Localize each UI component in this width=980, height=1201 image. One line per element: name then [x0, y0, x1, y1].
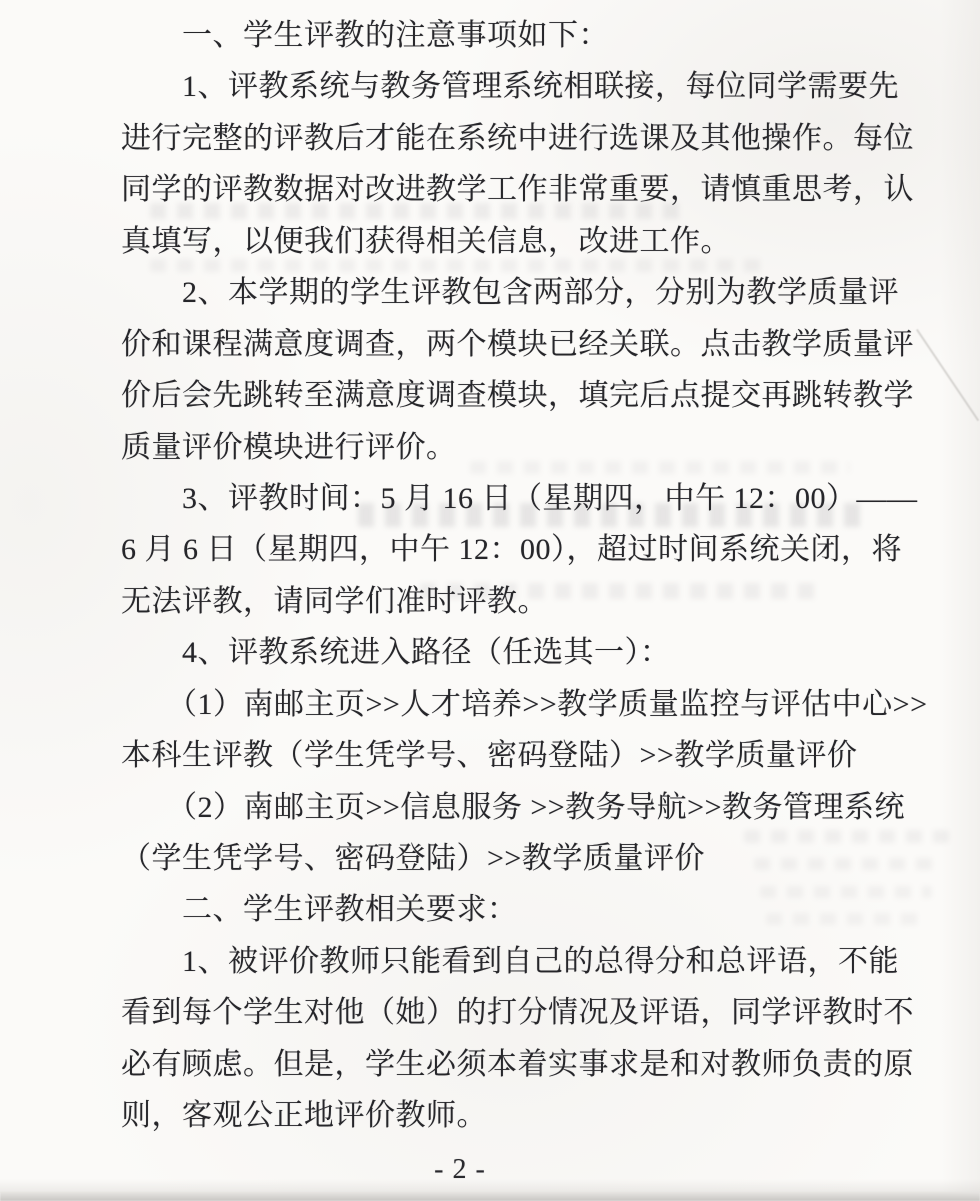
text-line: 价后会先跳转至满意度调查模块，填完后点提交再跳转教学 — [121, 370, 886, 421]
text-line: 看到每个学生对他（她）的打分情况及评语，同学评教时不 — [121, 987, 886, 1038]
text-line: 本科生评教（学生凭学号、密码登陆）>>教学质量评价 — [121, 730, 886, 781]
text-line: 一、学生评教的注意事项如下： — [121, 10, 886, 61]
text-line: 进行完整的评教后才能在系统中进行选课及其他操作。每位 — [121, 113, 886, 164]
text-line: 同学的评教数据对改进教学工作非常重要，请慎重思考，认 — [121, 164, 886, 215]
text-line: 则，客观公正地评价教师。 — [121, 1090, 886, 1141]
text-line: 真填写，以便我们获得相关信息，改进工作。 — [121, 216, 886, 267]
text-line: 二、学生评教相关要求： — [121, 884, 886, 935]
text-line: （学生凭学号、密码登陆）>>教学质量评价 — [121, 833, 886, 884]
text-line: 无法评教，请同学们准时评教。 — [121, 576, 886, 627]
text-line: （2）南邮主页>>信息服务 >>教务导航>>教务管理系统 — [121, 782, 886, 833]
text-line: 4、评教系统进入路径（任选其一）： — [121, 627, 886, 678]
text-line: 2、本学期的学生评教包含两部分，分别为教学质量评 — [121, 267, 886, 318]
text-line: 必有顾虑。但是，学生必须本着实事求是和对教师负责的原 — [121, 1039, 886, 1090]
text-line: 价和课程满意度调查，两个模块已经关联。点击教学质量评 — [121, 319, 886, 370]
text-line: 1、评教系统与教务管理系统相联接，每位同学需要先 — [121, 61, 886, 112]
scan-edge-shadow — [0, 1179, 980, 1193]
text-line: （1）南邮主页>>人才培养>>教学质量监控与评估中心>> — [121, 679, 886, 730]
scan-edge-shadow — [0, 1192, 980, 1201]
text-line: 6 月 6 日（星期四，中午 12：00），超过时间系统关闭，将 — [121, 524, 886, 575]
text-line: 3、评教时间：5 月 16 日（星期四，中午 12：00）—— — [121, 473, 886, 524]
scanned-document-page: 一、学生评教的注意事项如下： 1、评教系统与教务管理系统相联接，每位同学需要先进… — [0, 0, 980, 1201]
document-text: 一、学生评教的注意事项如下： 1、评教系统与教务管理系统相联接，每位同学需要先进… — [121, 10, 886, 1142]
text-line: 质量评价模块进行评价。 — [121, 422, 886, 473]
paper-crease — [916, 329, 979, 421]
text-line: 1、被评价教师只能看到自己的总得分和总评语，不能 — [121, 936, 886, 987]
